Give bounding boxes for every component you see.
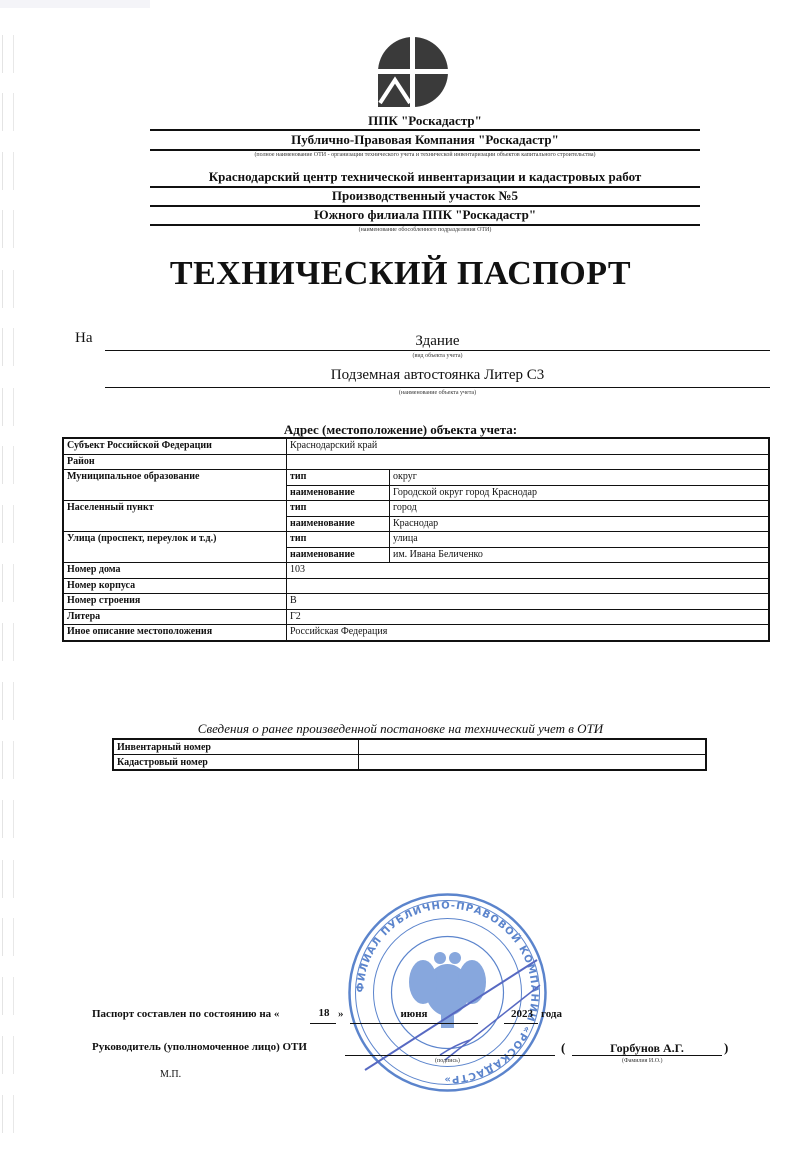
paren-close: ) [724,1040,728,1056]
name-caption: (Фамилия И.О.) [622,1058,663,1064]
center-name: Краснодарский центр технической инвентар… [150,169,700,185]
date-day: 18 [313,1007,335,1019]
section-name: Производственный участок №5 [150,188,700,204]
address-label: Улица (проспект, переулок и т.д.) [63,532,287,563]
object-type-line [105,350,770,351]
address-sublabel: наименование [287,516,390,532]
address-value: В [287,594,770,610]
header-divider [150,129,700,131]
address-value: улица [390,532,770,548]
date-prefix: Паспорт составлен по состоянию на « [92,1008,279,1020]
scan-top-edge [0,0,150,8]
address-sublabel: тип [287,470,390,486]
cadastral-number-label: Кадастровый номер [113,755,359,771]
address-value: 103 [287,563,770,579]
table-row: Инвентарный номер [113,739,706,755]
object-type: Здание [105,333,770,350]
address-value: Городской округ город Краснодар [390,485,770,501]
table-row: Иное описание местоположения Российская … [63,625,769,641]
date-year-suffix: года [541,1008,562,1020]
table-row: Населенный пункт тип город [63,501,769,517]
address-value: округ [390,470,770,486]
address-label: Литера [63,609,287,625]
date-quote-close: » [338,1008,344,1020]
address-label: Район [63,454,287,470]
cadastral-number-value [359,755,707,771]
branch-caption: (наименование обособленного подразделени… [150,227,700,233]
official-seal-stamp-icon: ФИЛИАЛ ПУБЛИЧНО-ПРАВОВОЙ КОМПАНИИ «РОСКА… [345,890,550,1095]
object-name: Подземная автостоянка Литер С3 [105,367,770,384]
address-label: Номер дома [63,563,287,579]
table-row: Улица (проспект, переулок и т.д.) тип ул… [63,532,769,548]
address-value [287,578,770,594]
month-underline [350,1023,478,1024]
paren-open: ( [561,1040,565,1056]
document-title: ТЕХНИЧЕСКИЙ ПАСПОРТ [0,255,801,293]
signature-caption: (подпись) [435,1058,460,1064]
branch-name: Южного филиала ППК "Роскадастр" [150,207,700,223]
address-value [287,454,770,470]
name-underline [572,1055,722,1056]
object-prefix: На [75,330,93,347]
address-title: Адрес (местоположение) объекта учета: [0,422,801,438]
address-value: Российская Федерация [287,625,770,641]
object-type-caption: (вид объекта учета) [105,353,770,359]
table-row: Муниципальное образование тип округ [63,470,769,486]
head-name: Горбунов А.Г. [572,1041,722,1056]
address-label: Номер корпуса [63,578,287,594]
header-divider [150,149,700,151]
day-underline [310,1023,336,1024]
org-full-name: Публично-Правовая Компания "Роскадастр" [150,132,700,148]
address-value: город [390,501,770,517]
address-table: Субъект Российской Федерации Краснодарск… [62,437,770,642]
address-label: Номер строения [63,594,287,610]
org-full-name-caption: (полное наименование ОТИ - организации т… [150,152,700,158]
roskadastr-logo-icon [378,37,448,107]
table-row: Номер корпуса [63,578,769,594]
seal-label: М.П. [160,1069,181,1080]
previous-registration-table: Инвентарный номер Кадастровый номер [112,738,707,771]
date-year: 2023 [506,1008,538,1020]
object-name-caption: (наименование объекта учета) [105,390,770,396]
address-sublabel: наименование [287,485,390,501]
object-name-line [105,387,770,388]
address-value: Краснодар [390,516,770,532]
table-row: Литера Г2 [63,609,769,625]
date-month: июня [350,1008,478,1020]
previous-registration-title: Сведения о ранее произведенной постановк… [0,721,801,737]
table-row: Кадастровый номер [113,755,706,771]
org-short-name: ППК "Роскадастр" [150,113,700,129]
table-row: Субъект Российской Федерации Краснодарск… [63,438,769,454]
scan-left-edge-marks [0,30,16,1140]
table-row: Район [63,454,769,470]
table-row: Номер строения В [63,594,769,610]
address-label: Субъект Российской Федерации [63,438,287,454]
address-label: Населенный пункт [63,501,287,532]
address-value: Краснодарский край [287,438,770,454]
year-underline [504,1023,538,1024]
header-divider [150,224,700,226]
inventory-number-label: Инвентарный номер [113,739,359,755]
table-row: Номер дома 103 [63,563,769,579]
address-sublabel: наименование [287,547,390,563]
address-value: им. Ивана Беличенко [390,547,770,563]
address-sublabel: тип [287,532,390,548]
address-label: Иное описание местоположения [63,625,287,641]
head-label: Руководитель (уполномоченное лицо) ОТИ [92,1041,307,1053]
address-sublabel: тип [287,501,390,517]
inventory-number-value [359,739,707,755]
address-label: Муниципальное образование [63,470,287,501]
address-value: Г2 [287,609,770,625]
signature-line [345,1055,555,1056]
